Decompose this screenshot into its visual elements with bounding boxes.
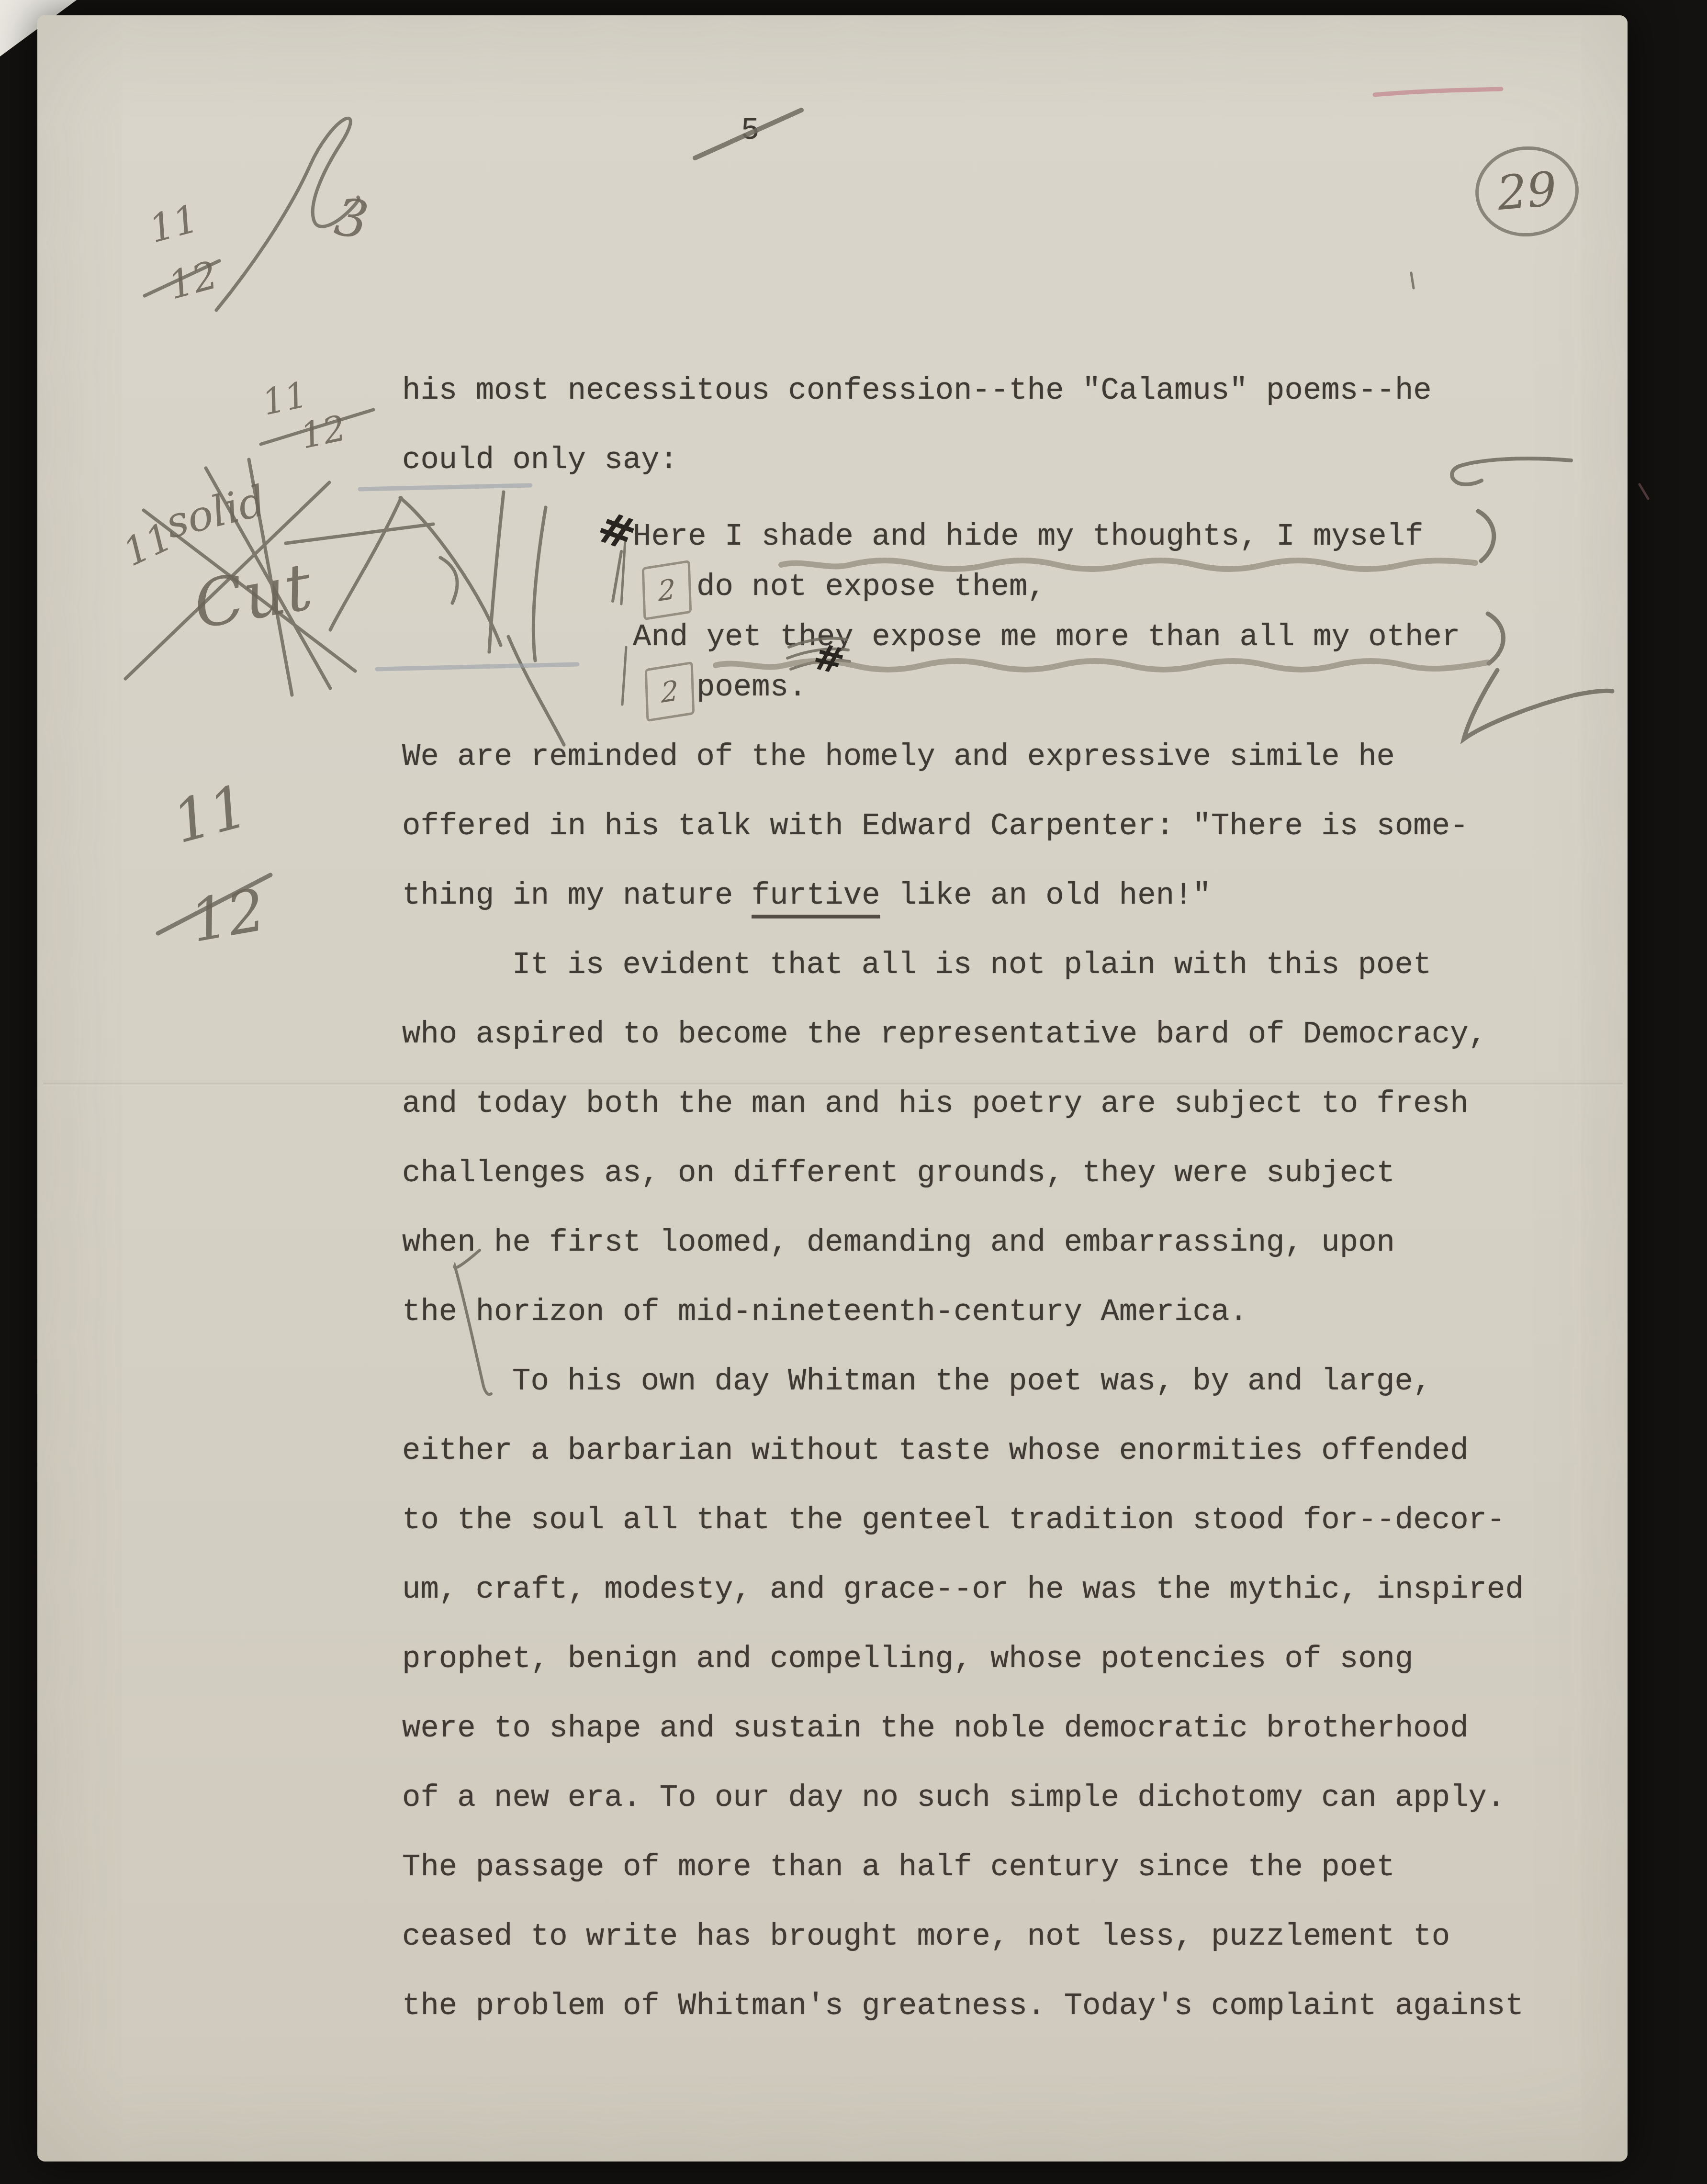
wavy-underline <box>781 560 1475 569</box>
cross-out-stroke <box>286 524 433 543</box>
red-pencil-line <box>1375 89 1501 95</box>
em-quad-indent-box: 2 <box>642 560 692 621</box>
leading-fraction-numerator: 11 <box>259 377 310 421</box>
grey-rule <box>360 485 530 489</box>
leading-fraction-denominator: 12 <box>297 410 348 454</box>
page-number-strike <box>695 110 801 158</box>
quote-bracket-stroke <box>533 507 546 661</box>
quote-bracket-stroke <box>489 492 504 652</box>
margin-swoosh <box>1452 459 1571 484</box>
em-quad-indent-value: 2 <box>658 572 676 608</box>
quote-bracket-stroke <box>440 558 457 603</box>
manuscript-photo: 5 his most necessitous confession--the "… <box>0 0 1707 2184</box>
margin-note-cut: Cut <box>189 554 316 639</box>
quote-bracket-stroke <box>400 498 501 645</box>
quote-bracket-stroke <box>508 637 564 745</box>
barbarian-check <box>455 1250 491 1394</box>
leading-fraction-numerator: 11 <box>145 199 202 249</box>
quote-tick <box>622 647 626 705</box>
em-quad-indent-box: 2 <box>645 661 695 722</box>
leading-fraction-denominator: 12 <box>186 880 270 951</box>
runover-paren <box>1488 614 1504 663</box>
pencil-marks <box>0 0 1707 2184</box>
red-pencil-tick <box>1640 484 1648 499</box>
runover-paren <box>1478 511 1494 561</box>
stray-tick <box>1411 273 1414 288</box>
quote-bracket-stroke <box>330 498 401 630</box>
stray-dot <box>983 1167 988 1172</box>
grey-rule <box>377 664 577 669</box>
circled-folio-number-value: 29 <box>1495 162 1559 221</box>
check-mark <box>1464 670 1612 739</box>
leading-fraction-numerator: 11 <box>167 776 254 852</box>
em-quad-indent-value: 2 <box>661 674 679 709</box>
leading-fraction-denominator: 12 <box>164 256 221 305</box>
